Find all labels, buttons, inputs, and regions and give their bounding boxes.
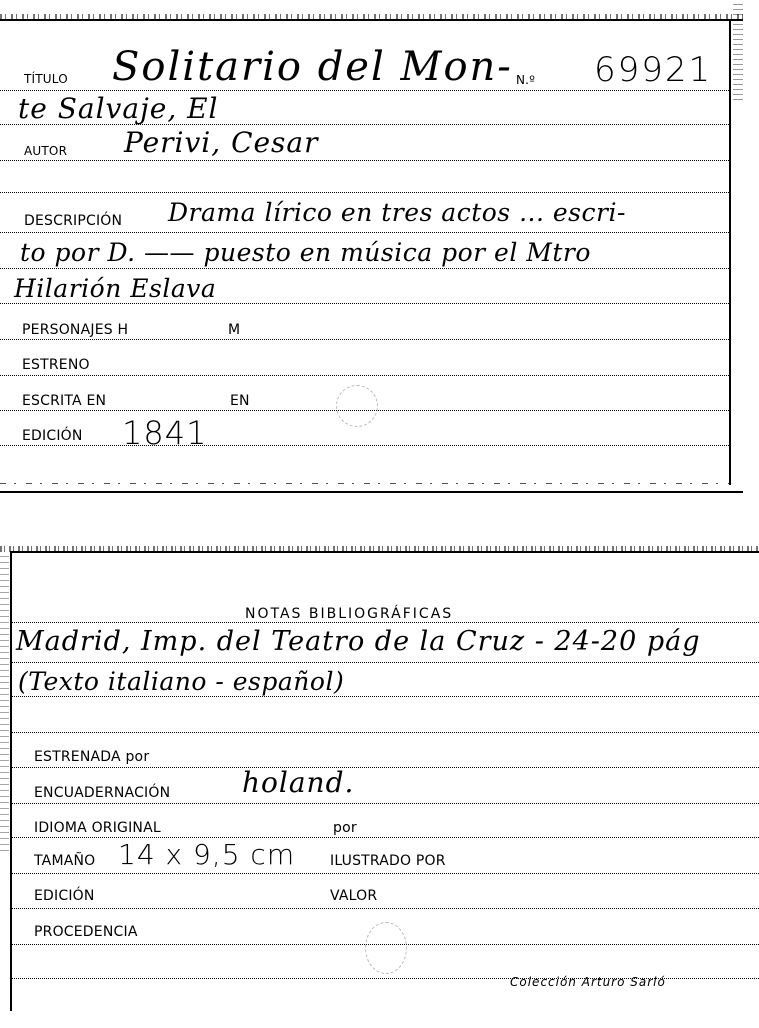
procedencia-label: PROCEDENCIA — [34, 924, 138, 940]
edicion-label: EDICIÓN — [22, 428, 83, 444]
escrita-en-en-label: EN — [230, 393, 250, 409]
estrenada-por-label: ESTRENADA por — [34, 749, 149, 765]
ruled-line — [0, 160, 729, 161]
ruled-line — [12, 767, 759, 768]
escrita-en-label: ESCRITA EN — [22, 393, 106, 409]
estreno-label: ESTRENO — [22, 357, 90, 373]
card-top-border — [10, 551, 759, 553]
ruled-line — [12, 662, 759, 663]
card-left-border — [10, 551, 12, 1011]
descripcion-label: DESCRIPCIÓN — [24, 213, 122, 229]
ruled-line — [12, 873, 759, 874]
card-edge-texture-left — [0, 551, 9, 851]
ruled-line — [0, 90, 729, 91]
encuadernacion-value: holand. — [242, 766, 354, 799]
edicion-label: EDICIÓN — [34, 888, 95, 904]
ruled-line — [12, 696, 759, 697]
notas-line2: (Texto italiano - español) — [18, 667, 344, 696]
idioma-por-label: por — [333, 820, 357, 836]
ruled-line — [0, 339, 729, 340]
ruled-line — [12, 803, 759, 804]
number-label: N.º — [516, 73, 535, 87]
faded-stamp — [365, 922, 407, 974]
ruled-line — [0, 445, 729, 446]
titulo-label: TÍTULO — [24, 72, 68, 86]
catalog-card-front: TÍTULO Solitario del Mon- N.º 69921 te S… — [0, 0, 759, 495]
autor-value: Perivi, Cesar — [124, 126, 319, 159]
catalog-number: 69921 — [594, 50, 712, 90]
catalog-card-back: NOTAS BIBLIOGRÁFICAS Madrid, Imp. del Te… — [0, 540, 759, 1028]
collection-credit: Colección Arturo Sarló — [510, 975, 666, 989]
faded-stamp — [336, 385, 378, 427]
ruled-line — [0, 268, 729, 269]
ruled-line — [12, 908, 759, 909]
titulo-value-line1: Solitario del Mon- — [112, 44, 513, 90]
card-edge-texture-right — [733, 0, 743, 100]
descripcion-value-line2: to por D. —— puesto en música por el Mtr… — [20, 238, 591, 267]
valor-label: VALOR — [330, 888, 377, 904]
personajes-label: PERSONAJES H — [22, 322, 128, 338]
notas-heading: NOTAS BIBLIOGRÁFICAS — [245, 606, 453, 622]
idioma-original-label: IDIOMA ORIGINAL — [34, 820, 161, 836]
notas-line1: Madrid, Imp. del Teatro de la Cruz - 24-… — [16, 626, 701, 657]
ruled-line — [12, 622, 759, 623]
ilustrado-por-label: ILUSTRADO POR — [330, 853, 446, 869]
ruled-line — [0, 375, 729, 376]
titulo-value-line2: te Salvaje, El — [18, 92, 219, 125]
autor-label: AUTOR — [24, 144, 67, 158]
tamano-value: 14 x 9,5 cm — [118, 838, 295, 871]
edicion-value: 1841 — [122, 414, 207, 452]
ruled-line — [12, 732, 759, 733]
ruled-line — [0, 192, 729, 193]
tamano-label: TAMAÑO — [34, 853, 95, 869]
descripcion-value-line1: Drama lírico en tres actos ... escri- — [168, 198, 626, 227]
card-right-border — [729, 20, 731, 485]
encuadernacion-label: ENCUADERNACIÓN — [34, 785, 170, 801]
descripcion-value-line3: Hilarión Eslava — [14, 274, 216, 303]
card-top-border — [0, 19, 743, 21]
personajes-m-label: M — [228, 322, 240, 338]
ruled-line-faint — [0, 483, 729, 484]
card-bottom-border — [0, 491, 743, 493]
ruled-line — [0, 232, 729, 233]
ruled-line — [0, 303, 729, 304]
